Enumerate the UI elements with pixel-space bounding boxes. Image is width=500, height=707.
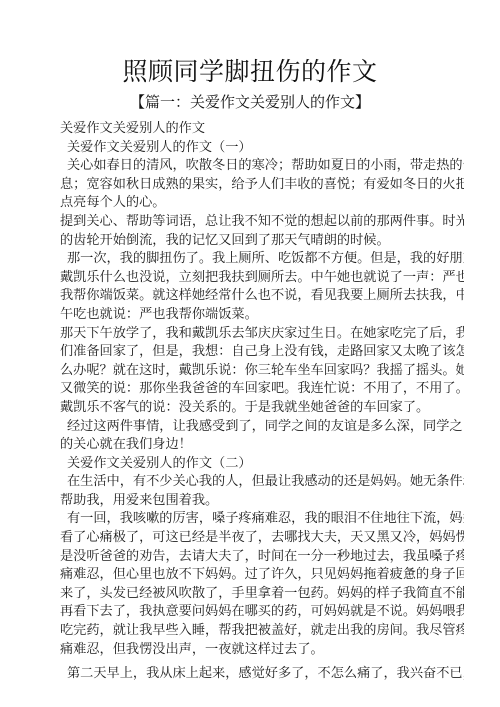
text-line: 经过这两件事情，让我感受到了，同学之间的友谊是多么深，同学之间 — [60, 418, 464, 437]
text-line: 看了心痛极了，可这已经是半夜了，去哪找大夫，天又黑又冷，妈妈愣 — [60, 529, 464, 548]
text-line: 吃完药，就让我早些入睡，帮我把被盖好，就走出我的房间。我尽管疼 — [60, 622, 464, 641]
text-line: 是没听爸爸的劝告，去请大夫了，时间在一分一秒地过去，我虽嗓子疼 — [60, 548, 464, 567]
text-line: 痛难忍，但我愣没出声，一夜就这样过去了。 — [60, 641, 464, 660]
text-line: 第二天早上，我从床上起来，感觉好多了，不怎么痛了，我兴奋不已， — [60, 665, 464, 684]
document-title: 照顾同学脚扭伤的作文 — [0, 52, 500, 88]
text-line: 关爱作文关爱别人的作文 — [60, 120, 464, 139]
text-line: 的齿轮开始倒流，我的记忆又回到了那天气晴朗的时候。 — [60, 232, 464, 251]
text-line: 来了，头发已经被风吹散了，手里拿着一包药。妈妈的样子我简直不能 — [60, 585, 464, 604]
text-line: 提到关心、帮助等词语，总让我不知不觉的想起以前的那两件事。时光 — [60, 213, 464, 232]
document-subtitle: 【篇一：关爱作文关爱别人的作文】 — [0, 91, 500, 112]
text-line: 痛难忍，但心里也放不下妈妈。过了许久，只见妈妈拖着疲惫的身子回 — [60, 566, 464, 585]
text-line: 点亮每个人的心。 — [60, 194, 464, 213]
text-line: 戴凯乐什么也没说，立刻把我扶到厕所去。中午她也就说了一声：严也， — [60, 269, 464, 288]
text-line: 有一回，我咳嗽的厉害，嗓子疼痛难忍，我的眼泪不住地往下流，妈妈 — [60, 510, 464, 529]
text-line: 关心如春日的清风，吹散冬日的寒冷；帮助如夏日的小雨，带走热的气 — [60, 157, 464, 176]
text-line: 我帮你端饭菜。就这样她经常什么也不说，看见我要上厕所去扶我，中 — [60, 287, 464, 306]
text-line: 那天下午放学了，我和戴凯乐去邹庆庆家过生日。在她家吃完了后，我 — [60, 325, 464, 344]
text-line: 再看下去了，我执意要问妈妈在哪买的药，可妈妈就是不说。妈妈喂我 — [60, 603, 464, 622]
text-line: 戴凯乐不客气的说：没关系的。于是我就坐她爸爸的车回家了。 — [60, 399, 464, 418]
text-line: 息；宽容如秋日成熟的果实，给予人们丰收的喜悦；有爱如冬日的火把， — [60, 176, 464, 195]
text-line: 在生活中，有不少关心我的人，但最让我感动的还是妈妈。她无条件地 — [60, 473, 464, 492]
text-line: 么办呢？就在这时，戴凯乐说：你三轮车坐车回家吗？我摇了摇头。她 — [60, 362, 464, 381]
text-line: 帮助我，用爱来包围着我。 — [60, 492, 464, 511]
text-line: 又微笑的说：那你坐我爸爸的车回家吧。我连忙说：不用了，不用了。 — [60, 380, 464, 399]
text-line: 午吃也就说：严也我帮你端饭菜。 — [60, 306, 464, 325]
text-line: 关爱作文关爱别人的作文（一） — [60, 139, 464, 158]
text-line: 的关心就在我们身边！ — [60, 436, 464, 455]
text-line: 关爱作文关爱别人的作文（二） — [60, 455, 464, 474]
text-line: 们准备回家了，但是，我想：自己身上没有钱，走路回家又太晚了该怎 — [60, 343, 464, 362]
document-body: 关爱作文关爱别人的作文关爱作文关爱别人的作文（一）关心如春日的清风，吹散冬日的寒… — [60, 120, 464, 684]
document-page: 照顾同学脚扭伤的作文 【篇一：关爱作文关爱别人的作文】 关爱作文关爱别人的作文关… — [0, 0, 500, 707]
text-line: 那一次，我的脚扭伤了。我上厕所、吃饭都不方便。但是，我的好朋友 — [60, 250, 464, 269]
